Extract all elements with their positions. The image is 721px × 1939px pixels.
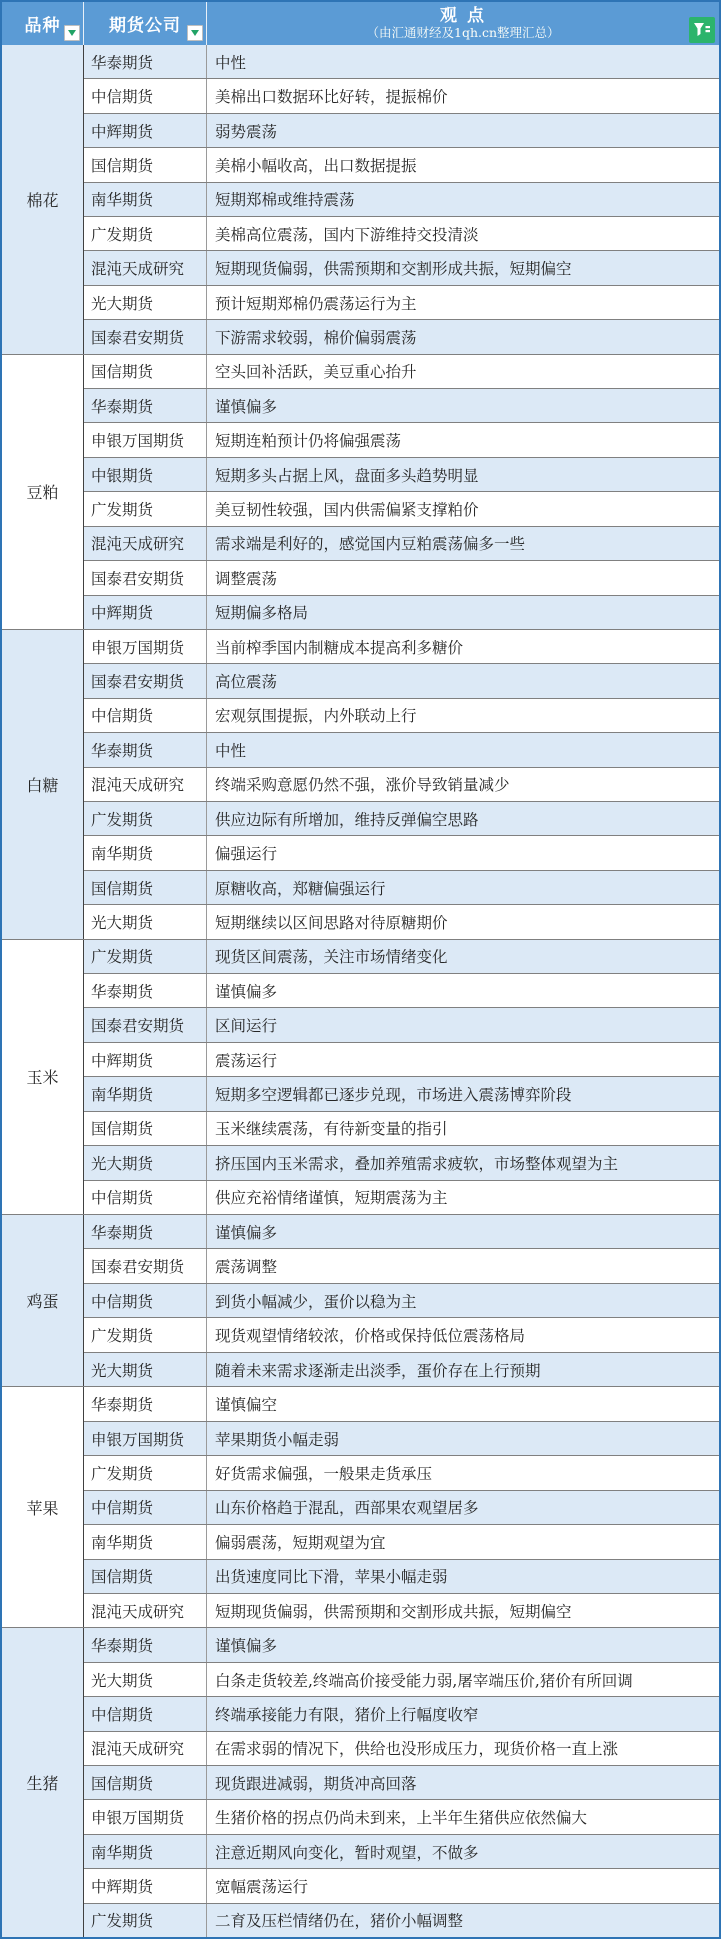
company-cell: 中银期货 [84, 458, 207, 491]
table-row: 南华期货 注意近期风向变化，暂时观望，不做多 [84, 1835, 719, 1869]
table-row: 中信期货 美棉出口数据环比好转，提振棉价 [84, 79, 719, 113]
table-row: 国泰君安期货 区间运行 [84, 1008, 719, 1042]
header-cell-company: 期货公司 [84, 2, 207, 45]
table-row: 国信期货 玉米继续震荡，有待新变量的指引 [84, 1112, 719, 1146]
company-cell: 国泰君安期货 [84, 1249, 207, 1282]
table-row: 华泰期货 谨慎偏多 [84, 974, 719, 1008]
company-cell: 混沌天成研究 [84, 1594, 207, 1627]
table-row: 国信期货 现货跟进减弱，期货冲高回落 [84, 1766, 719, 1800]
table-row: 国泰君安期货 震荡调整 [84, 1249, 719, 1283]
company-cell: 广发期货 [84, 1318, 207, 1351]
table-row: 国信期货 美棉小幅收高，出口数据提振 [84, 148, 719, 182]
company-cell: 中信期货 [84, 1491, 207, 1524]
company-cell: 华泰期货 [84, 1215, 207, 1248]
view-cell: 短期现货偏弱，供需预期和交割形成共振，短期偏空 [207, 251, 719, 284]
company-cell: 光大期货 [84, 1663, 207, 1696]
table-row: 中信期货 山东价格趋于混乱，西部果农观望居多 [84, 1491, 719, 1525]
table-row: 国信期货 出货速度同比下滑，苹果小幅走弱 [84, 1560, 719, 1594]
table-row: 申银万国期货 当前榨季国内制糖成本提高利多糖价 [84, 630, 719, 664]
company-cell: 国信期货 [84, 148, 207, 181]
company-cell: 中信期货 [84, 79, 207, 112]
company-cell: 国信期货 [84, 871, 207, 904]
table-row: 申银万国期货 生猪价格的拐点仍尚未到来，上半年生猪供应依然偏大 [84, 1800, 719, 1834]
company-cell: 混沌天成研究 [84, 1732, 207, 1765]
view-cell: 注意近期风向变化，暂时观望，不做多 [207, 1835, 719, 1868]
dropdown-triangle-icon [68, 30, 76, 36]
commodity-section: 鸡蛋 华泰期货 谨慎偏多 国泰君安期货 震荡调整 中信期货 到货小幅减少，蛋价以… [2, 1215, 719, 1387]
company-cell: 国信期货 [84, 1766, 207, 1799]
table-row: 广发期货 二育及压栏情绪仍在，猪价小幅调整 [84, 1904, 719, 1937]
view-cell: 空头回补活跃，美豆重心抬升 [207, 355, 719, 388]
view-cell: 供应边际有所增加，维持反弹偏空思路 [207, 802, 719, 835]
table-row: 华泰期货 中性 [84, 733, 719, 767]
view-cell: 终端采购意愿仍然不强，涨价导致销量减少 [207, 768, 719, 801]
company-cell: 广发期货 [84, 492, 207, 525]
variety-column-label: 品种 [25, 11, 61, 36]
company-cell: 中辉期货 [84, 1869, 207, 1902]
view-cell: 宏观氛围提振，内外联动上行 [207, 699, 719, 732]
view-cell: 谨慎偏多 [207, 1628, 719, 1661]
table-row: 广发期货 好货需求偏强，一般果走货承压 [84, 1456, 719, 1490]
company-cell: 中辉期货 [84, 596, 207, 629]
company-cell: 申银万国期货 [84, 630, 207, 663]
view-cell: 短期偏多格局 [207, 596, 719, 629]
company-cell: 广发期货 [84, 217, 207, 250]
view-cell: 当前榨季国内制糖成本提高利多糖价 [207, 630, 719, 663]
view-cell: 偏弱震荡，短期观望为宜 [207, 1525, 719, 1558]
company-cell: 国泰君安期货 [84, 664, 207, 697]
table-row: 广发期货 美豆韧性较强，国内供需偏紧支撑粕价 [84, 492, 719, 526]
table-row: 光大期货 白条走货较差,终端高价接受能力弱,屠宰端压价,猪价有所回调 [84, 1663, 719, 1697]
section-rows: 华泰期货 中性 中信期货 美棉出口数据环比好转，提振棉价 中辉期货 弱势震荡 国… [84, 45, 719, 354]
commodity-section: 白糖 申银万国期货 当前榨季国内制糖成本提高利多糖价 国泰君安期货 高位震荡 中… [2, 630, 719, 940]
company-cell: 中信期货 [84, 699, 207, 732]
view-cell: 震荡调整 [207, 1249, 719, 1282]
section-rows: 华泰期货 谨慎偏空 申银万国期货 苹果期货小幅走弱 广发期货 好货需求偏强，一般… [84, 1387, 719, 1627]
view-cell: 生猪价格的拐点仍尚未到来，上半年生猪供应依然偏大 [207, 1800, 719, 1833]
view-cell: 现货区间震荡，关注市场情绪变化 [207, 940, 719, 973]
company-cell: 广发期货 [84, 802, 207, 835]
table-row: 国信期货 原糖收高，郑糖偏强运行 [84, 871, 719, 905]
company-cell: 混沌天成研究 [84, 768, 207, 801]
header-cell-view: 观 点 （由汇通财经及1qh.cn整理汇总） [207, 2, 719, 45]
view-cell: 弱势震荡 [207, 114, 719, 147]
view-cell: 玉米继续震荡，有待新变量的指引 [207, 1112, 719, 1145]
view-cell: 出货速度同比下滑，苹果小幅走弱 [207, 1560, 719, 1593]
table-row: 中信期货 供应充裕情绪谨慎，短期震荡为主 [84, 1181, 719, 1214]
company-cell: 华泰期货 [84, 974, 207, 1007]
company-cell: 中信期货 [84, 1284, 207, 1317]
company-cell: 广发期货 [84, 940, 207, 973]
section-rows: 广发期货 现货区间震荡，关注市场情绪变化 华泰期货 谨慎偏多 国泰君安期货 区间… [84, 940, 719, 1214]
company-cell: 南华期货 [84, 183, 207, 216]
table-row: 国泰君安期货 高位震荡 [84, 664, 719, 698]
table-row: 中信期货 宏观氛围提振，内外联动上行 [84, 699, 719, 733]
table-row: 申银万国期货 短期连粕预计仍将偏强震荡 [84, 423, 719, 457]
table-row: 光大期货 短期继续以区间思路对待原糖期价 [84, 905, 719, 938]
view-cell: 随着未来需求逐渐走出淡季，蛋价存在上行预期 [207, 1353, 719, 1386]
company-cell: 国泰君安期货 [84, 1008, 207, 1041]
table-row: 华泰期货 中性 [84, 45, 719, 79]
view-cell: 好货需求偏强，一般果走货承压 [207, 1456, 719, 1489]
view-cell: 谨慎偏多 [207, 389, 719, 422]
view-cell: 区间运行 [207, 1008, 719, 1041]
view-cell: 短期郑棉或维持震荡 [207, 183, 719, 216]
section-rows: 华泰期货 谨慎偏多 光大期货 白条走货较差,终端高价接受能力弱,屠宰端压价,猪价… [84, 1628, 719, 1937]
table-row: 华泰期货 谨慎偏多 [84, 389, 719, 423]
company-cell: 南华期货 [84, 1525, 207, 1558]
view-cell: 现货跟进减弱，期货冲高回落 [207, 1766, 719, 1799]
table-row: 华泰期货 谨慎偏多 [84, 1628, 719, 1662]
table-row: 中辉期货 短期偏多格局 [84, 596, 719, 629]
dropdown-triangle-icon [191, 30, 199, 36]
table-row: 南华期货 偏强运行 [84, 836, 719, 870]
company-cell: 华泰期货 [84, 1387, 207, 1420]
opinion-table: 品种 期货公司 观 点 （由汇通财经及1qh.cn整理汇总） 棉花 华泰期货 中… [0, 0, 721, 1939]
view-cell: 挤压国内玉米需求，叠加养殖需求疲软，市场整体观望为主 [207, 1146, 719, 1179]
company-cell: 混沌天成研究 [84, 527, 207, 560]
company-cell: 南华期货 [84, 1077, 207, 1110]
view-cell: 短期现货偏弱，供需预期和交割形成共振，短期偏空 [207, 1594, 719, 1627]
view-cell: 美棉小幅收高，出口数据提振 [207, 148, 719, 181]
table-row: 混沌天成研究 终端采购意愿仍然不强，涨价导致销量减少 [84, 768, 719, 802]
view-cell: 短期连粕预计仍将偏强震荡 [207, 423, 719, 456]
company-cell: 广发期货 [84, 1904, 207, 1937]
view-cell: 短期多头占据上风，盘面多头趋势明显 [207, 458, 719, 491]
view-cell: 中性 [207, 733, 719, 766]
section-rows: 华泰期货 谨慎偏多 国泰君安期货 震荡调整 中信期货 到货小幅减少，蛋价以稳为主… [84, 1215, 719, 1386]
variety-cell: 豆粕 [2, 355, 84, 629]
view-cell: 调整震荡 [207, 561, 719, 594]
view-cell: 需求端是利好的，感觉国内豆粕震荡偏多一些 [207, 527, 719, 560]
table-row: 申银万国期货 苹果期货小幅走弱 [84, 1422, 719, 1456]
view-cell: 短期多空逻辑都已逐步兑现，市场进入震荡博弈阶段 [207, 1077, 719, 1110]
section-rows: 国信期货 空头回补活跃，美豆重心抬升 华泰期货 谨慎偏多 申银万国期货 短期连粕… [84, 355, 719, 629]
view-column-title: 观 点 [440, 7, 486, 27]
company-cell: 华泰期货 [84, 733, 207, 766]
table-body: 棉花 华泰期货 中性 中信期货 美棉出口数据环比好转，提振棉价 中辉期货 弱势震… [2, 45, 719, 1937]
view-cell: 宽幅震荡运行 [207, 1869, 719, 1902]
table-row: 中辉期货 宽幅震荡运行 [84, 1869, 719, 1903]
view-cell: 二育及压栏情绪仍在，猪价小幅调整 [207, 1904, 719, 1937]
table-row: 国泰君安期货 调整震荡 [84, 561, 719, 595]
view-cell: 美棉出口数据环比好转，提振棉价 [207, 79, 719, 112]
company-cell: 南华期货 [84, 1835, 207, 1868]
table-row: 华泰期货 谨慎偏空 [84, 1387, 719, 1421]
company-column-label: 期货公司 [109, 11, 181, 36]
view-cell: 终端承接能力有限，猪价上行幅度收窄 [207, 1697, 719, 1730]
variety-cell: 棉花 [2, 45, 84, 354]
section-rows: 申银万国期货 当前榨季国内制糖成本提高利多糖价 国泰君安期货 高位震荡 中信期货… [84, 630, 719, 939]
table-row: 光大期货 挤压国内玉米需求，叠加养殖需求疲软，市场整体观望为主 [84, 1146, 719, 1180]
table-row: 南华期货 短期郑棉或维持震荡 [84, 183, 719, 217]
table-row: 华泰期货 谨慎偏多 [84, 1215, 719, 1249]
view-cell: 谨慎偏多 [207, 974, 719, 1007]
view-cell: 中性 [207, 45, 719, 78]
company-cell: 国泰君安期货 [84, 561, 207, 594]
company-cell: 中辉期货 [84, 114, 207, 147]
view-cell: 预计短期郑棉仍震荡运行为主 [207, 286, 719, 319]
view-cell: 美豆韧性较强，国内供需偏紧支撑粕价 [207, 492, 719, 525]
commodity-section: 玉米 广发期货 现货区间震荡，关注市场情绪变化 华泰期货 谨慎偏多 国泰君安期货… [2, 940, 719, 1215]
company-cell: 国信期货 [84, 1112, 207, 1145]
table-row: 广发期货 供应边际有所增加，维持反弹偏空思路 [84, 802, 719, 836]
view-cell: 偏强运行 [207, 836, 719, 869]
company-cell: 申银万国期货 [84, 1800, 207, 1833]
company-cell: 申银万国期货 [84, 423, 207, 456]
view-cell: 山东价格趋于混乱，西部果农观望居多 [207, 1491, 719, 1524]
company-cell: 光大期货 [84, 905, 207, 938]
table-row: 混沌天成研究 在需求弱的情况下，供给也没形成压力，现货价格一直上涨 [84, 1732, 719, 1766]
view-cell: 高位震荡 [207, 664, 719, 697]
table-row: 广发期货 现货区间震荡，关注市场情绪变化 [84, 940, 719, 974]
company-cell: 混沌天成研究 [84, 251, 207, 284]
company-cell: 华泰期货 [84, 389, 207, 422]
company-cell: 光大期货 [84, 286, 207, 319]
company-cell: 国信期货 [84, 355, 207, 388]
view-cell: 现货观望情绪较浓，价格或保持低位震荡格局 [207, 1318, 719, 1351]
company-cell: 申银万国期货 [84, 1422, 207, 1455]
company-cell: 中信期货 [84, 1181, 207, 1214]
view-cell: 美棉高位震荡，国内下游维持交投清淡 [207, 217, 719, 250]
view-cell: 供应充裕情绪谨慎，短期震荡为主 [207, 1181, 719, 1214]
company-filter-dropdown-icon[interactable] [187, 25, 203, 41]
table-header: 品种 期货公司 观 点 （由汇通财经及1qh.cn整理汇总） [2, 2, 719, 45]
variety-cell: 生猪 [2, 1628, 84, 1937]
table-filter-funnel-icon[interactable] [689, 17, 715, 43]
view-cell: 下游需求较弱，棉价偏弱震荡 [207, 320, 719, 353]
table-row: 混沌天成研究 短期现货偏弱，供需预期和交割形成共振，短期偏空 [84, 1594, 719, 1627]
table-row: 南华期货 短期多空逻辑都已逐步兑现，市场进入震荡博弈阶段 [84, 1077, 719, 1111]
table-row: 光大期货 随着未来需求逐渐走出淡季，蛋价存在上行预期 [84, 1353, 719, 1386]
company-cell: 光大期货 [84, 1146, 207, 1179]
company-cell: 华泰期货 [84, 45, 207, 78]
company-cell: 广发期货 [84, 1456, 207, 1489]
variety-cell: 苹果 [2, 1387, 84, 1627]
table-row: 广发期货 现货观望情绪较浓，价格或保持低位震荡格局 [84, 1318, 719, 1352]
table-row: 光大期货 预计短期郑棉仍震荡运行为主 [84, 286, 719, 320]
table-row: 中辉期货 弱势震荡 [84, 114, 719, 148]
view-cell: 谨慎偏空 [207, 1387, 719, 1420]
table-row: 中信期货 终端承接能力有限，猪价上行幅度收窄 [84, 1697, 719, 1731]
company-cell: 中辉期货 [84, 1043, 207, 1076]
table-row: 南华期货 偏弱震荡，短期观望为宜 [84, 1525, 719, 1559]
view-cell: 白条走货较差,终端高价接受能力弱,屠宰端压价,猪价有所回调 [207, 1663, 719, 1696]
table-row: 混沌天成研究 短期现货偏弱，供需预期和交割形成共振，短期偏空 [84, 251, 719, 285]
header-cell-variety: 品种 [2, 2, 84, 45]
table-row: 中银期货 短期多头占据上风，盘面多头趋势明显 [84, 458, 719, 492]
company-cell: 中信期货 [84, 1697, 207, 1730]
commodity-section: 豆粕 国信期货 空头回补活跃，美豆重心抬升 华泰期货 谨慎偏多 申银万国期货 短… [2, 355, 719, 630]
table-row: 国泰君安期货 下游需求较弱，棉价偏弱震荡 [84, 320, 719, 353]
view-cell: 短期继续以区间思路对待原糖期价 [207, 905, 719, 938]
view-column-subtitle: （由汇通财经及1qh.cn整理汇总） [366, 26, 559, 40]
company-cell: 光大期货 [84, 1353, 207, 1386]
view-cell: 到货小幅减少，蛋价以稳为主 [207, 1284, 719, 1317]
view-cell: 在需求弱的情况下，供给也没形成压力，现货价格一直上涨 [207, 1732, 719, 1765]
table-row: 国信期货 空头回补活跃，美豆重心抬升 [84, 355, 719, 389]
table-row: 中辉期货 震荡运行 [84, 1043, 719, 1077]
company-cell: 华泰期货 [84, 1628, 207, 1661]
variety-cell: 白糖 [2, 630, 84, 939]
company-cell: 南华期货 [84, 836, 207, 869]
commodity-section: 棉花 华泰期货 中性 中信期货 美棉出口数据环比好转，提振棉价 中辉期货 弱势震… [2, 45, 719, 355]
table-row: 混沌天成研究 需求端是利好的，感觉国内豆粕震荡偏多一些 [84, 527, 719, 561]
view-cell: 苹果期货小幅走弱 [207, 1422, 719, 1455]
variety-cell: 鸡蛋 [2, 1215, 84, 1386]
commodity-section: 生猪 华泰期货 谨慎偏多 光大期货 白条走货较差,终端高价接受能力弱,屠宰端压价… [2, 1628, 719, 1937]
view-cell: 原糖收高，郑糖偏强运行 [207, 871, 719, 904]
funnel-glyph [693, 21, 711, 39]
company-cell: 国信期货 [84, 1560, 207, 1593]
view-cell: 震荡运行 [207, 1043, 719, 1076]
commodity-section: 苹果 华泰期货 谨慎偏空 申银万国期货 苹果期货小幅走弱 广发期货 好货需求偏强… [2, 1387, 719, 1628]
table-row: 中信期货 到货小幅减少，蛋价以稳为主 [84, 1284, 719, 1318]
company-cell: 国泰君安期货 [84, 320, 207, 353]
view-cell: 谨慎偏多 [207, 1215, 719, 1248]
variety-cell: 玉米 [2, 940, 84, 1214]
variety-filter-dropdown-icon[interactable] [64, 25, 80, 41]
table-row: 广发期货 美棉高位震荡，国内下游维持交投清淡 [84, 217, 719, 251]
